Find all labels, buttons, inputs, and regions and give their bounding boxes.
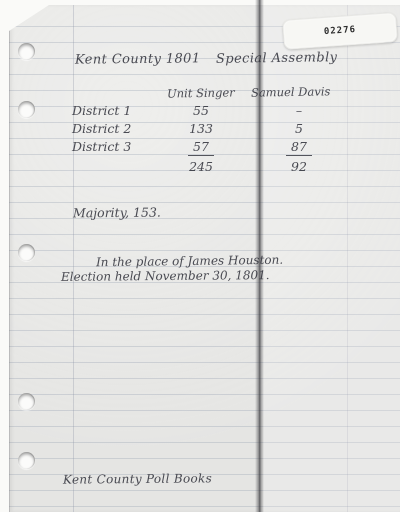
punch-hole	[18, 43, 35, 60]
archive-number: 02276	[323, 16, 357, 46]
replacement-note: In the place of James Houston.	[96, 253, 283, 270]
source-caption: Kent County Poll Books	[63, 471, 212, 486]
punch-hole	[18, 393, 35, 410]
punch-hole	[18, 101, 35, 118]
singer-votes: 55	[176, 103, 226, 118]
right-page-tint	[263, 5, 400, 512]
page-subtitle: Special Assembly	[216, 50, 338, 67]
election-date-note: Election held November 30, 1801.	[61, 268, 270, 284]
davis-votes: 87	[274, 139, 324, 154]
table-row: District 3 57 87	[0, 139, 400, 156]
district-label: District 2	[72, 121, 131, 136]
column-header-davis: Samuel Davis	[251, 84, 331, 99]
district-label: District 3	[72, 139, 131, 154]
davis-votes: 5	[274, 121, 324, 136]
singer-votes-underlined: 57	[188, 139, 214, 156]
table-row: District 1 55 –	[0, 103, 400, 120]
column-header-singer: Unit Singer	[167, 85, 235, 100]
punch-hole	[18, 452, 35, 469]
page-title: Kent County 1801	[75, 51, 201, 67]
punch-hole	[18, 244, 35, 261]
majority-note: Majority, 153.	[73, 205, 161, 221]
singer-total: 245	[176, 159, 226, 174]
paper-corner	[9, 5, 49, 31]
table-totals-row: 245 92	[0, 159, 400, 176]
singer-votes: 57	[176, 139, 226, 154]
davis-votes: –	[274, 103, 324, 118]
singer-votes: 133	[176, 121, 226, 136]
table-row: District 2 133 5	[0, 121, 400, 138]
left-margin-rule	[73, 5, 74, 512]
district-label: District 1	[72, 103, 131, 118]
davis-total: 92	[274, 159, 324, 174]
davis-votes-underlined: 87	[286, 139, 312, 156]
scanned-document: 02276 Kent County 1801 Special Assembly …	[0, 0, 400, 512]
right-margin-rule	[347, 5, 348, 512]
